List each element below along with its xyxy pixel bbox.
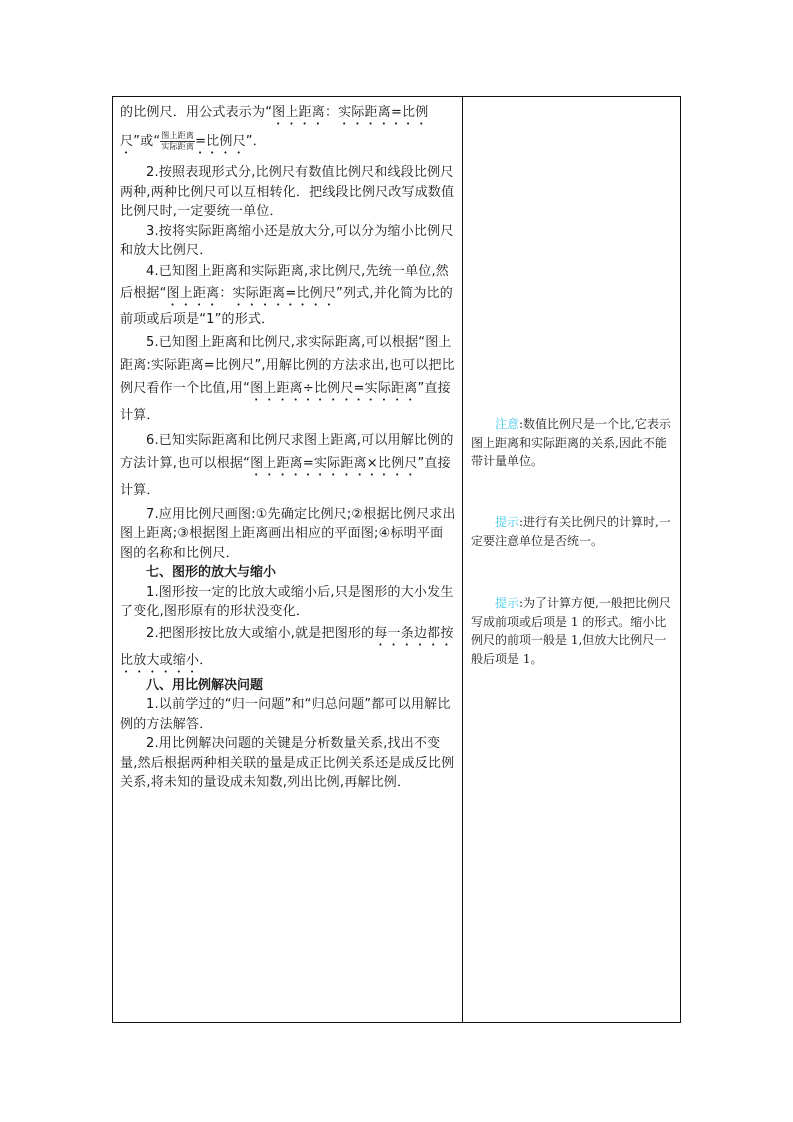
section8-item-2: 2.用比例解决问题的关键是分析数量关系,找出不变量,然后根据两种相关联的量是成正… xyxy=(120,734,456,793)
paragraph-4: 4.已知图上距离和实际距离,求比例尺,先统一单位,然后根据“图上距离：实际距离=… xyxy=(120,261,456,331)
main-content-column: 的比例尺．用公式表示为“图上距离：实际距离=比例尺”或“图上距离实际距离=比例尺… xyxy=(113,97,463,1022)
text: ”． xyxy=(246,134,266,149)
notes-table: 的比例尺．用公式表示为“图上距离：实际距离=比例尺”或“图上距离实际距离=比例尺… xyxy=(112,96,681,1023)
text: 2.把图形按比放大或缩小,就是把图形的 xyxy=(146,626,374,641)
formula: =比例尺 xyxy=(195,134,246,149)
section-heading-8: 八、用比例解决问题 xyxy=(120,676,456,696)
formula: 图上距离=实际距离×比例尺 xyxy=(250,456,417,471)
paragraph-5: 5.已知图上距离和比例尺,求实际距离,可以根据“图上距离:实际距离=比例尺”,用… xyxy=(120,331,456,427)
note-attention: 注意:数值比例尺是一个比,它表示图上距离和实际距离的关系,因此不能带计量单位。 xyxy=(471,415,676,471)
section7-item-2: 2.把图形按比放大或缩小,就是把图形的每一条边都按比放大或缩小． xyxy=(120,622,456,676)
text: ． xyxy=(199,653,212,668)
text: ”或“ xyxy=(133,134,160,149)
section7-item-1: 1.图形按一定的比放大或缩小后,只是图形的大小发生了变化,图形原有的形状没变化． xyxy=(120,583,456,622)
formula: 图上距离÷比例尺=实际距离 xyxy=(250,381,417,396)
note-tag: 提示 xyxy=(495,515,519,529)
fraction-formula: 图上距离实际距离 xyxy=(160,131,195,152)
fraction-denominator: 实际距离 xyxy=(160,142,195,152)
section8-item-1: 1.以前学过的“归一问题”和“归总问题”都可以用解比例的方法解答． xyxy=(120,695,456,734)
text: 的比例尺．用公式表示为“ xyxy=(120,105,272,120)
fraction-numerator: 图上距离 xyxy=(160,131,195,142)
paragraph-scale-definition: 的比例尺．用公式表示为“图上距离：实际距离=比例尺”或“图上距离实际距离=比例尺… xyxy=(120,99,456,157)
section-heading-7: 七、图形的放大与缩小 xyxy=(120,563,456,583)
paragraph-2: 2.按照表现形式分,比例尺有数值比例尺和线段比例尺两种,两种比例尺可以互相转化．… xyxy=(120,163,456,222)
side-notes-column: 注意:数值比例尺是一个比,它表示图上距离和实际距离的关系,因此不能带计量单位。 … xyxy=(463,97,680,1022)
paragraph-6: 6.已知实际距离和比例尺求图上距离,可以用解比例的方法计算,也可以根据“图上距离… xyxy=(120,429,456,502)
note-tip-scale-form: 提示:为了计算方便,一般把比例尺写成前项或后项是 1 的形式。缩小比例尺的前项一… xyxy=(471,594,676,668)
paragraph-3: 3.按将实际距离缩小还是放大分,可以分为缩小比例尺和放大比例尺． xyxy=(120,222,456,261)
note-tag: 提示 xyxy=(495,596,519,610)
note-tip-units: 提示:进行有关比例尺的计算时,一定要注意单位是否统一。 xyxy=(471,513,676,550)
note-tag: 注意 xyxy=(495,417,519,431)
paragraph-7: 7.应用比例尺画图:①先确定比例尺;②根据比例尺求出图上距离;③根据图上距离画出… xyxy=(120,505,456,564)
formula: 图上距离：实际距离=比例尺 xyxy=(167,286,337,301)
